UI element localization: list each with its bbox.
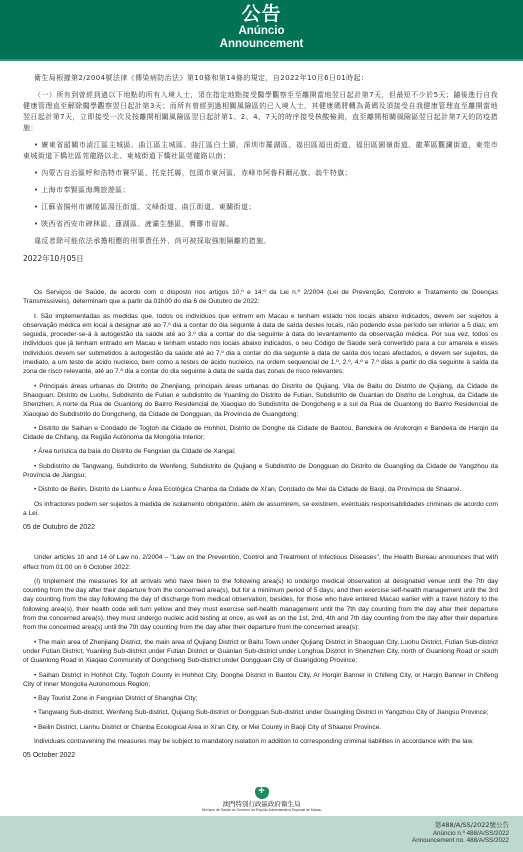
pt-area: • Distrito de Beilin, Distrito de Lianhu… xyxy=(23,485,498,494)
title-pt: Anúncio xyxy=(0,25,523,38)
en-area: • Beilin District, Lianhu District or Ch… xyxy=(23,723,498,732)
organization-name-pt: Serviços de Saúde do Governo da Reg.ião … xyxy=(0,808,523,813)
zh-measure: （一）所有到曾經到過以下地點的所有入境人士，須在指定地點接受醫學觀察至至離開當地… xyxy=(23,90,498,134)
en-area: • Saihan District in Hohhot City, Togtoh… xyxy=(23,671,498,690)
reference-zh: 第488/A/SS/2022號公告 xyxy=(412,822,509,830)
en-area: • Tangwang Sub-district, Wenfeng Sub-dis… xyxy=(23,708,498,717)
announcement-body: 衛生局根據第2/2004號法律《傳染病防治法》第10條和第14條的規定，自202… xyxy=(23,73,498,781)
english-section: Under articles 10 and 14 of Law no. 2/20… xyxy=(23,553,498,761)
pt-date: 05 de Outubro de 2022 xyxy=(23,523,498,533)
pt-warning: Os infractores podem ser sujeitos à medi… xyxy=(23,500,498,519)
zh-intro: 衛生局根據第2/2004號法律《傳染病防治法》第10條和第14條的規定，自202… xyxy=(23,73,498,84)
zh-date: 2022年10月05日 xyxy=(23,253,498,264)
zh-area: • 廣東省韶關市湞江區主城區、曲江區主城區、曲江區白土鎮，深圳市羅湖區、福田區福… xyxy=(23,140,498,162)
pt-area: • Principais áreas urbanas do Distrito d… xyxy=(23,382,498,419)
chinese-section: 衛生局根據第2/2004號法律《傳染病防治法》第10條和第14條的規定，自202… xyxy=(23,73,498,264)
heart-cross-icon xyxy=(254,784,270,798)
pt-area: • Área turística da baía do Distrito de … xyxy=(23,447,498,456)
pt-area: • Subdistrito de Tangwang, Subdistrito d… xyxy=(23,462,498,481)
en-intro: Under articles 10 and 14 of Law no. 2/20… xyxy=(23,553,498,572)
organization-name-zh: 澳門特別行政區政府衛生局 xyxy=(0,800,523,808)
reference-en: Announcement no. 488/A/SS/2022 xyxy=(412,837,509,845)
zh-area: • 上海市奉賢區海灣旅遊區； xyxy=(23,185,498,196)
zh-area: • 江蘇省揚州市廣陵區湯汪街道、文峰街道、曲江街道、東關街道； xyxy=(23,202,498,213)
announcement-reference: 第488/A/SS/2022號公告 Anúncio n.º 488/A/SS/2… xyxy=(412,822,509,845)
en-date: 05 October 2022 xyxy=(23,751,498,761)
reference-pt: Anúncio n.º 488/A/SS/2022 xyxy=(412,830,509,838)
en-warning: Individuals contravening the measures ma… xyxy=(23,737,498,746)
announcement-header: 公告 Anúncio Announcement xyxy=(0,0,523,61)
title-en: Announcement xyxy=(0,38,523,51)
pt-area: • Distrito de Saihan e Condado de Togtoh… xyxy=(23,424,498,443)
zh-warning: 違反者除可能依法承擔相應的刑事責任外，尚可被採取強制隔離的措施。 xyxy=(23,236,498,247)
pt-measure: I. São implementadas as medidas que, tod… xyxy=(23,312,498,377)
en-area: • Bay Tourist Zone in Fengxian District … xyxy=(23,694,498,703)
footer-band: 第488/A/SS/2022號公告 Anúncio n.º 488/A/SS/2… xyxy=(0,816,523,852)
health-bureau-logo: 澳門特別行政區政府衛生局 Serviços de Saúde do Govern… xyxy=(0,784,523,813)
en-measure: (I) Implement the measures for all arriv… xyxy=(23,577,498,633)
zh-area: • 內蒙古自治區呼和浩特市賽罕區、托克托縣，包頭市東河區，赤峰市阿魯科爾沁旗、翁… xyxy=(23,168,498,179)
en-area: • The main area of Zhenjiang District, t… xyxy=(23,638,498,666)
zh-area: • 陝西省西安市碑林區、蓮湖區、滻灞生態區，寶雞市眉縣。 xyxy=(23,219,498,230)
pt-intro: Os Serviços de Saúde, de acordo com o di… xyxy=(23,288,498,307)
portuguese-section: Os Serviços de Saúde, de acordo com o di… xyxy=(23,288,498,533)
title-zh: 公告 xyxy=(0,0,523,25)
